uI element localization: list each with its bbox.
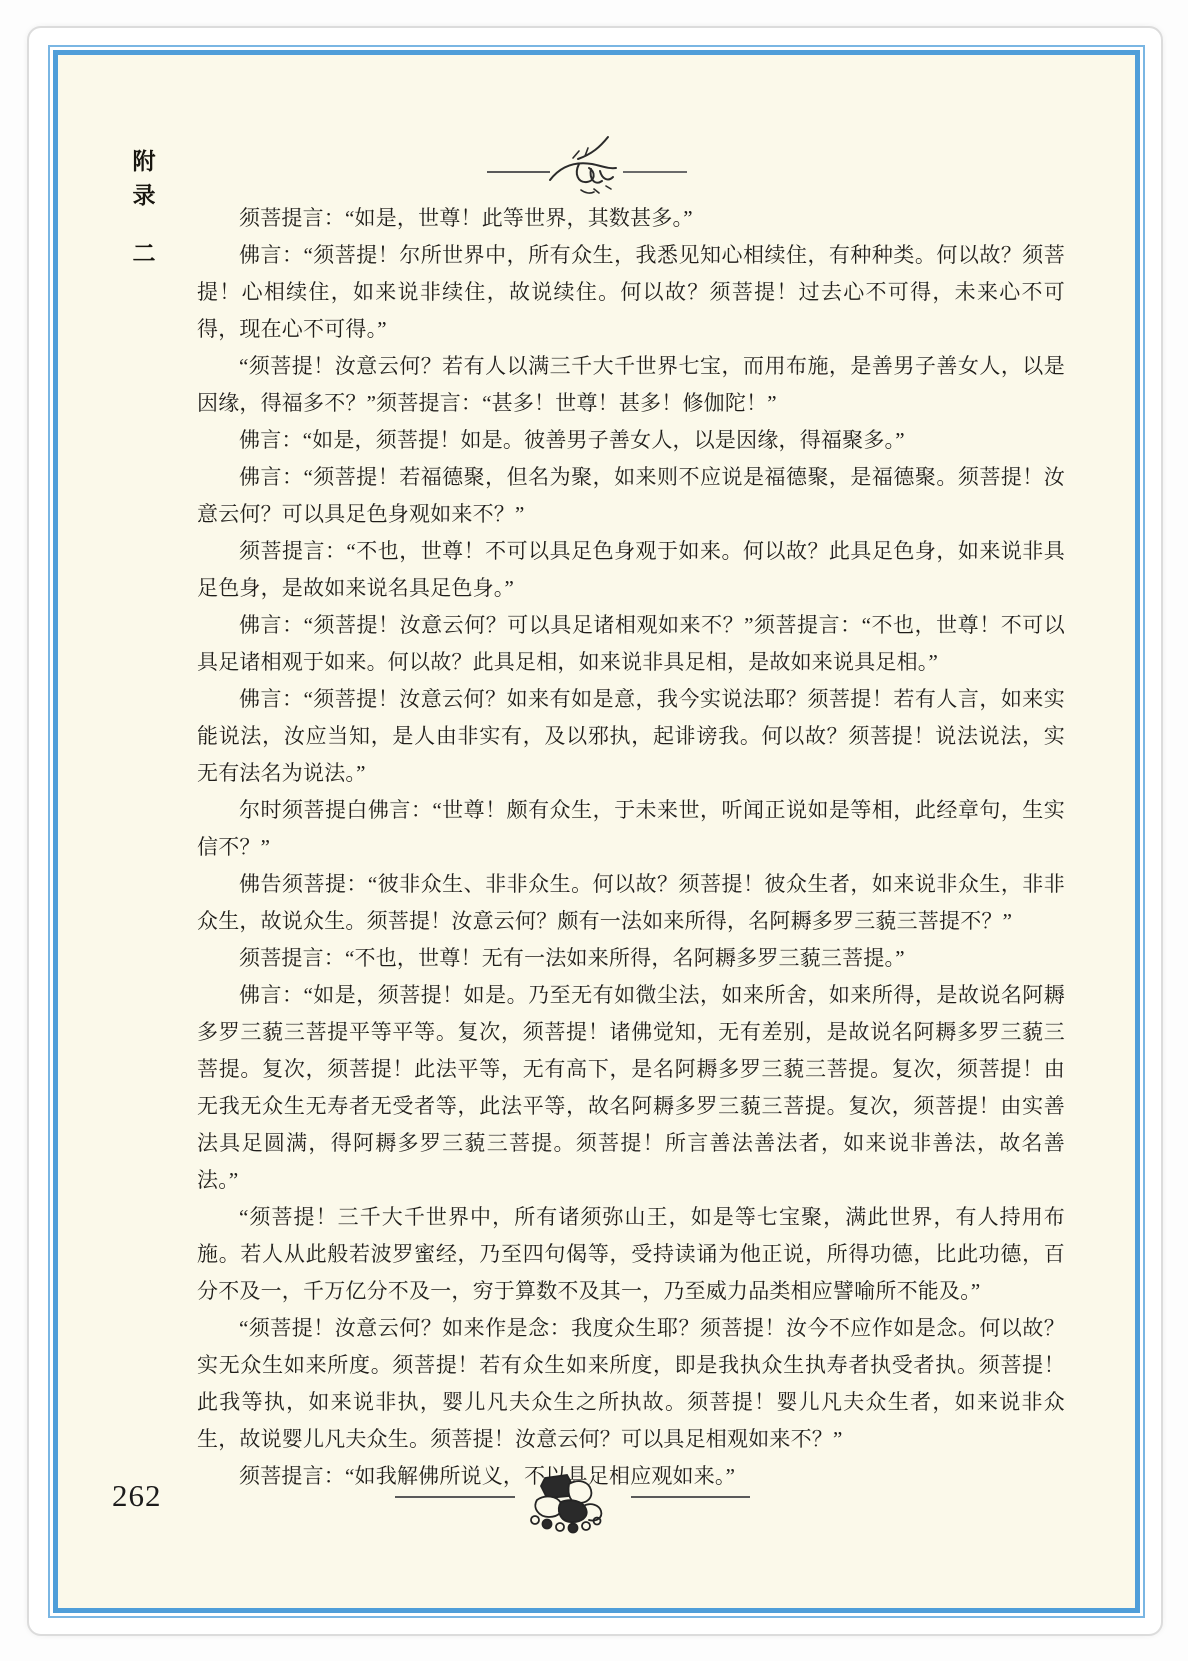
paragraph: 佛言：“如是，须菩提！如是。乃至无有如微尘法，如来所舍，如来所得，是故说名阿耨多… [197, 977, 1065, 1199]
top-ornament-rule-right [623, 171, 687, 173]
paragraph: 佛言：“如是，须菩提！如是。彼善男子善女人，以是因缘，得福聚多。” [197, 422, 1065, 459]
top-ornament-rule-left [487, 171, 550, 173]
bottom-ornament-rule-left [395, 1496, 515, 1498]
bottom-ornament-rule-right [631, 1496, 750, 1498]
appendix-label-char: 附 [131, 150, 157, 173]
paragraph: “须菩提！汝意云何？如来作是念：我度众生耶？须菩提！汝今不应作如是念。何以故？实… [197, 1310, 1065, 1458]
paragraph: 须菩提言：“如我解佛所说义，不以具足相应观如来。” [197, 1458, 1065, 1495]
paragraph: 须菩提言：“如是，世尊！此等世界，其数甚多。” [197, 200, 1065, 237]
paragraph: 佛言：“须菩提！若福德聚，但名为聚，如来则不应说是福德聚，是福德聚。须菩提！汝意… [197, 459, 1065, 533]
hand-sketch-icon [548, 134, 622, 198]
paragraph: “须菩提！三千大千世界中，所有诸须弥山王，如是等七宝聚，满此世界，有人持用布施。… [197, 1199, 1065, 1310]
paragraph: 佛言：“须菩提！汝意云何？可以具足诸相观如来不？”须菩提言：“不也，世尊！不可以… [197, 607, 1065, 681]
paragraph: 须菩提言：“不也，世尊！无有一法如来所得，名阿耨多罗三藐三菩提。” [197, 940, 1065, 977]
sutra-text: 须菩提言：“如是，世尊！此等世界，其数甚多。” 佛言：“须菩提！尔所世界中，所有… [197, 200, 1065, 1495]
book-page: 附 录 二 须菩提言：“如是，世尊！此等世界，其数甚多。” 佛言：“须菩提！尔所… [0, 0, 1188, 1661]
paragraph: “须菩提！汝意云何？若有人以满三千大千世界七宝，而用布施，是善男子善女人，以是因… [197, 348, 1065, 422]
paragraph: 佛言：“须菩提！汝意云何？如来有如是意，我今实说法耶？须菩提！若有人言，如来实能… [197, 681, 1065, 792]
appendix-label-char: 录 [131, 184, 157, 207]
paragraph: 佛言：“须菩提！尔所世界中，所有众生，我悉见知心相续住，有种种类。何以故？须菩提… [197, 237, 1065, 348]
rock-cluster-icon [523, 1472, 611, 1536]
paragraph: 尔时须菩提白佛言：“世尊！颇有众生，于未来世，听闻正说如是等相，此经章句，生实信… [197, 792, 1065, 866]
paragraph: 须菩提言：“不也，世尊！不可以具足色身观于如来。何以故？此具足色身，如来说非具足… [197, 533, 1065, 607]
appendix-label-char: 二 [131, 242, 157, 265]
paragraph: 佛告须菩提：“彼非众生、非非众生。何以故？须菩提！彼众生者，如来说非众生，非非众… [197, 866, 1065, 940]
page-number: 262 [112, 1478, 162, 1514]
